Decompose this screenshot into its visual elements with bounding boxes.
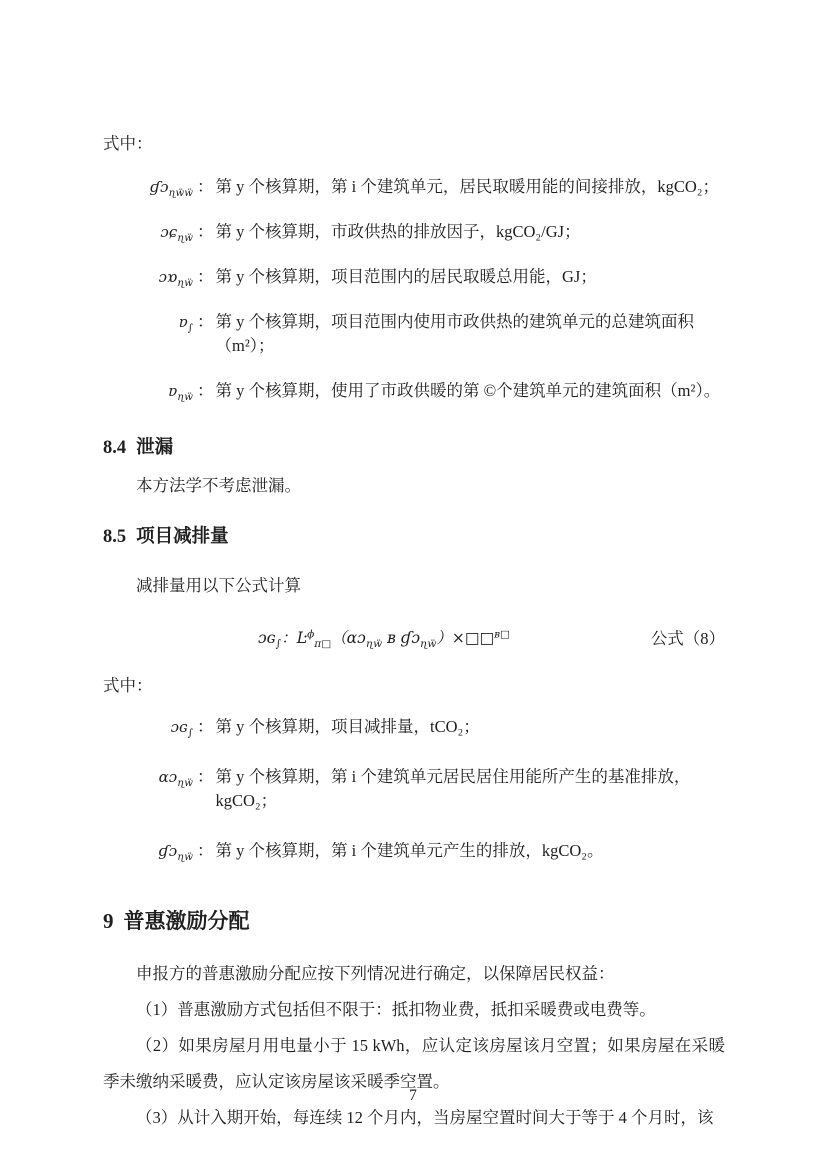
document-page: 式中： ɠɔɳẅẅ ： 第 y 个核算期，第 i 个建筑单元，居民取暖用能的间接… <box>0 0 826 1169</box>
section-9-title: 普惠激励分配 <box>124 909 250 933</box>
term-row: ɑɔɳẅ ： 第 y 个核算期，第 i 个建筑单元居民居住用能所产生的基准排放，… <box>103 765 725 813</box>
section-8-5-number: 8.5 <box>103 527 126 547</box>
term-colon: ： <box>197 839 214 863</box>
section-9-heading: 9普惠激励分配 <box>103 907 725 936</box>
term-symbol: ɔɒɳẅ <box>103 265 193 289</box>
term-symbol: ɠɔɳẅẅ <box>103 175 193 199</box>
term-colon: ： <box>197 765 214 789</box>
formula-intro-1: 式中： <box>103 133 725 155</box>
emission-reduction-formula: ɔɢ∫：Ŀϕπ□（ɑɔɳẅ ʙ ɠɔɳẅ）×□□ʙ□ <box>258 626 510 648</box>
term-description: 第 y 个核算期，第 i 个建筑单元，居民取暖用能的间接排放，kgCO₂； <box>216 175 726 199</box>
term-description: 第 y 个核算期，项目范围内的居民取暖总用能，GJ； <box>216 265 726 289</box>
term-row: ɠɔɳẅẅ ： 第 y 个核算期，第 i 个建筑单元，居民取暖用能的间接排放，k… <box>103 175 725 199</box>
section-9-number: 9 <box>103 909 114 933</box>
term-row: ɔɒɳẅ ： 第 y 个核算期，项目范围内的居民取暖总用能，GJ； <box>103 265 725 289</box>
term-symbol: ɔɢ∫ <box>103 715 193 739</box>
term-row: ɔɢ∫ ： 第 y 个核算期，项目减排量，tCO₂； <box>103 715 725 739</box>
section-8-5-title: 项目减排量 <box>136 527 229 547</box>
term-colon: ： <box>197 379 214 403</box>
section-9-paragraphs: 申报方的普惠激励分配应按下列情况进行确定，以保障居民权益： （1）普惠激励方式包… <box>103 956 725 1136</box>
term-description: 第 y 个核算期，第 i 个建筑单元居民居住用能所产生的基准排放，kgCO₂； <box>216 765 726 813</box>
section-8-4-body: 本方法学不考虑泄漏。 <box>103 475 725 497</box>
term-description: 第 y 个核算期，项目范围内使用市政供热的建筑单元的总建筑面积（m²）； <box>216 310 726 358</box>
section-8-5-lead: 减排量用以下公式计算 <box>103 575 725 597</box>
term-description: 第 y 个核算期，第 i 个建筑单元产生的排放，kgCO₂。 <box>216 839 726 863</box>
formula-intro-2: 式中： <box>103 675 725 697</box>
term-symbol: ɑɔɳẅ <box>103 765 193 789</box>
section-8-4-title: 泄漏 <box>136 438 173 458</box>
formula-row: ɔɢ∫：Ŀϕπ□（ɑɔɳẅ ʙ ɠɔɳẅ）×□□ʙ□ 公式（8） <box>103 622 725 652</box>
term-colon: ： <box>197 220 214 244</box>
term-colon: ： <box>197 310 214 334</box>
body-paragraph: 申报方的普惠激励分配应按下列情况进行确定，以保障居民权益： <box>103 956 725 992</box>
term-colon: ： <box>197 715 214 739</box>
section-8-4-heading: 8.4泄漏 <box>103 436 725 461</box>
formula-number-label: 公式（8） <box>651 625 725 649</box>
term-symbol: ɐ∫ <box>103 310 193 334</box>
term-description: 第 y 个核算期，市政供热的排放因子，kgCO₂/GJ； <box>216 220 726 244</box>
term-colon: ： <box>197 175 214 199</box>
term-row: ɐ∫ ： 第 y 个核算期，项目范围内使用市政供热的建筑单元的总建筑面积（m²）… <box>103 310 725 358</box>
term-row: ɐɳẅ ： 第 y 个核算期，使用了市政供暖的第 ©个建筑单元的建筑面积（m²）… <box>103 379 725 403</box>
page-number: 7 <box>0 1087 826 1105</box>
term-symbol: ɐɳẅ <box>103 379 193 403</box>
term-description: 第 y 个核算期，项目减排量，tCO₂； <box>216 715 726 739</box>
term-row: ɠɔɳẅ ： 第 y 个核算期，第 i 个建筑单元产生的排放，kgCO₂。 <box>103 839 725 863</box>
body-paragraph: （3）从计入期开始，每连续 12 个月内，当房屋空置时间大于等于 4 个月时，该 <box>103 1100 725 1136</box>
term-list-2: ɔɢ∫ ： 第 y 个核算期，项目减排量，tCO₂； ɑɔɳẅ ： 第 y 个核… <box>103 715 725 863</box>
section-8-5-heading: 8.5项目减排量 <box>103 525 725 550</box>
body-paragraph: （1）普惠激励方式包括但不限于：抵扣物业费，抵扣采暖费或电费等。 <box>103 992 725 1028</box>
term-symbol: ɠɔɳẅ <box>103 839 193 863</box>
term-colon: ： <box>197 265 214 289</box>
term-symbol: ɔɕɳẅ <box>103 220 193 244</box>
term-list-1: ɠɔɳẅẅ ： 第 y 个核算期，第 i 个建筑单元，居民取暖用能的间接排放，k… <box>103 175 725 403</box>
section-8-4-number: 8.4 <box>103 438 126 458</box>
term-description: 第 y 个核算期，使用了市政供暖的第 ©个建筑单元的建筑面积（m²）。 <box>216 379 726 403</box>
term-row: ɔɕɳẅ ： 第 y 个核算期，市政供热的排放因子，kgCO₂/GJ； <box>103 220 725 244</box>
